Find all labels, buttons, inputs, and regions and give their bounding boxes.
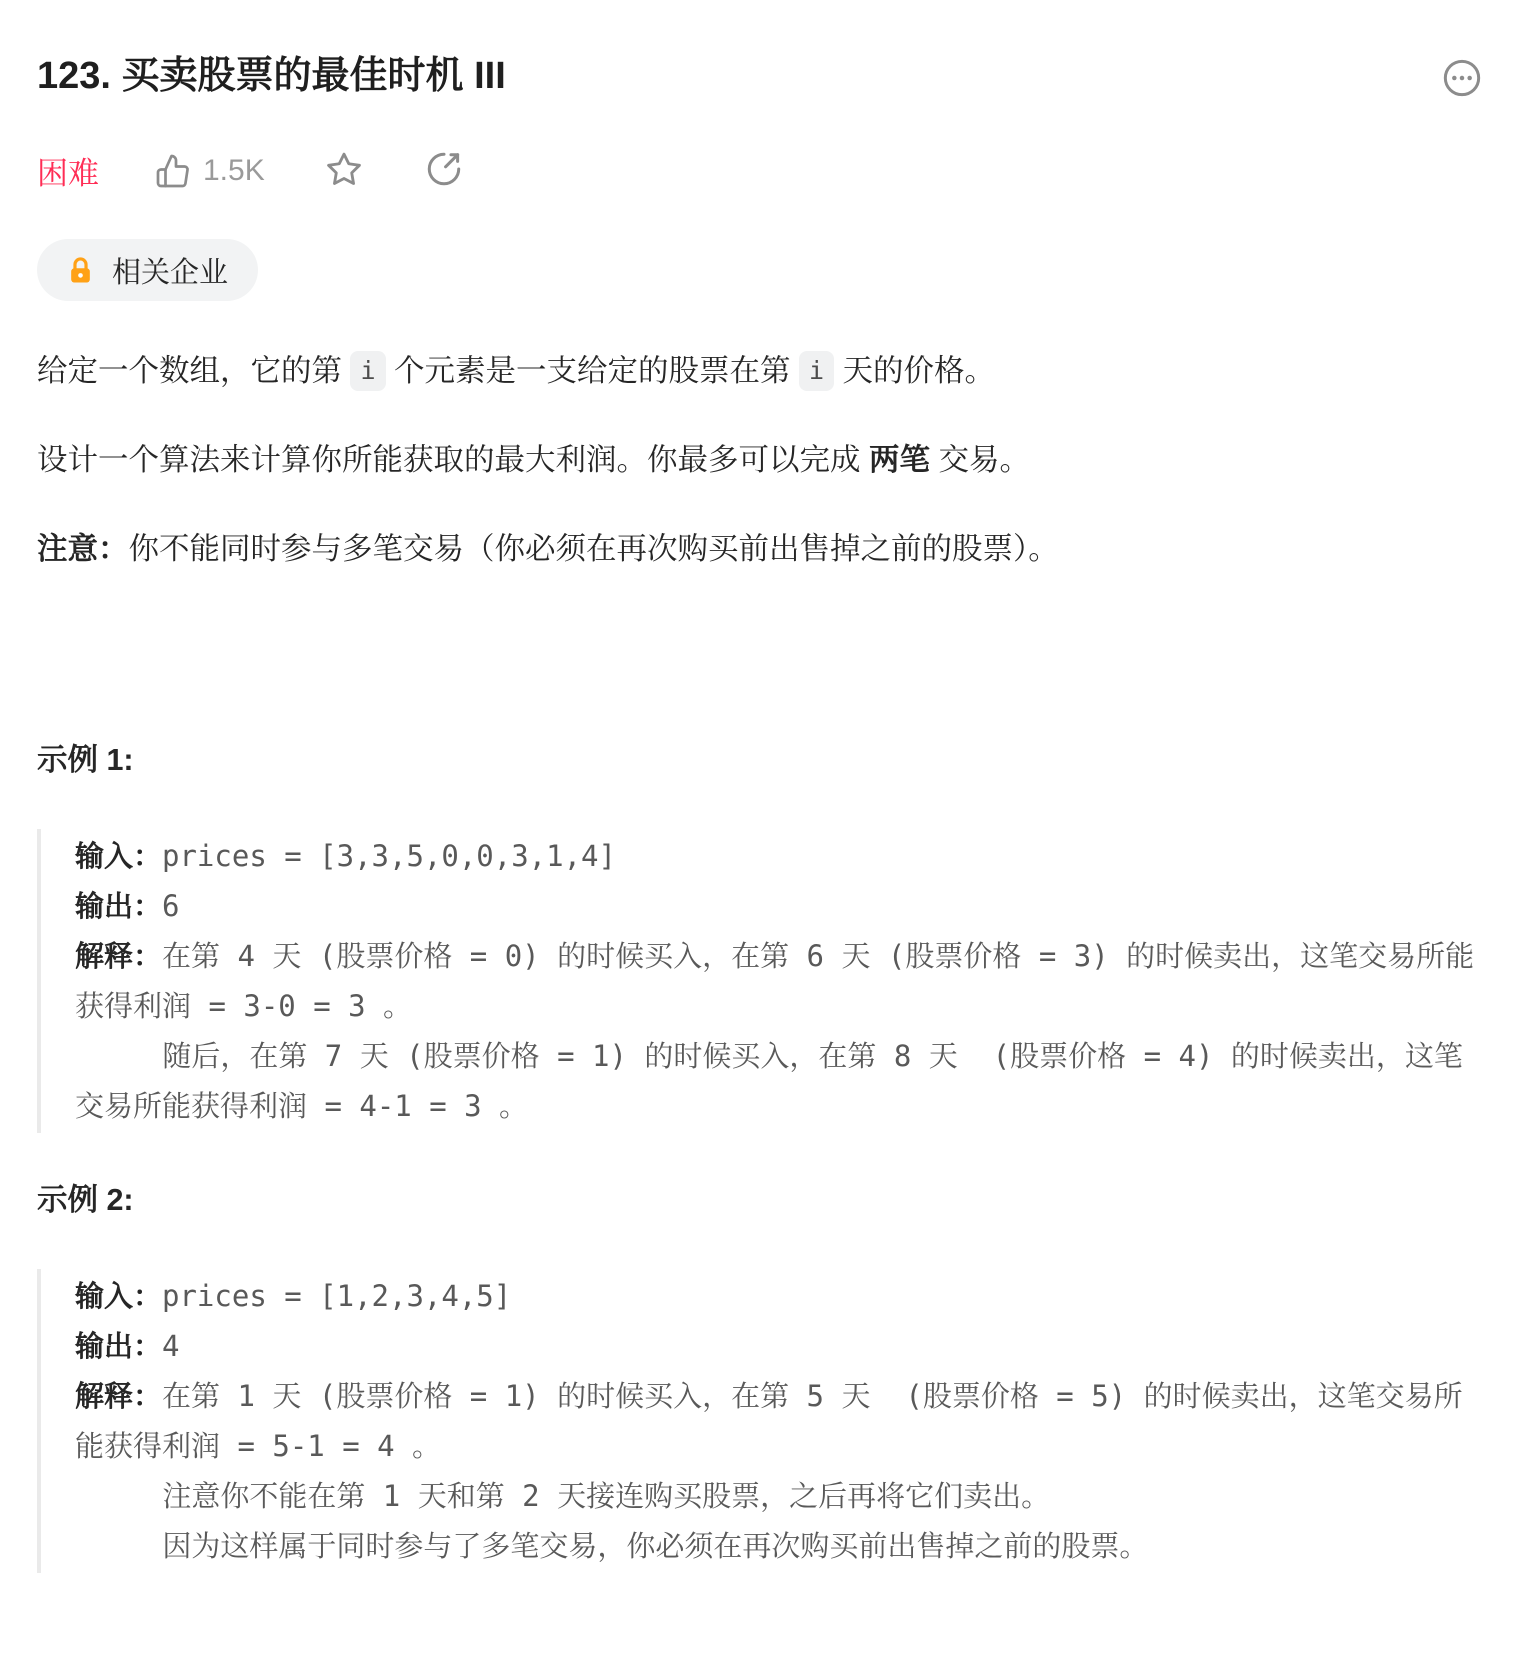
share-arrow-circle-icon xyxy=(425,150,463,191)
input-label: 输入： xyxy=(75,839,162,873)
explanation-value: 在第 1 天 (股票价格 = 1) 的时候买入，在第 5 天 (股票价格 = 5… xyxy=(75,1379,1463,1563)
explanation-value: 在第 4 天 (股票价格 = 0) 的时候买入，在第 6 天 (股票价格 = 3… xyxy=(75,939,1474,1123)
output-value: 4 xyxy=(162,1329,179,1363)
example-1-block: 输入：prices = [3,3,5,0,0,3,1,4] 输出：6 解释：在第… xyxy=(37,829,1490,1133)
inline-code-i: i xyxy=(350,351,385,391)
input-value: prices = [1,2,3,4,5] xyxy=(162,1279,511,1313)
note-label: 注意： xyxy=(37,532,129,566)
bold-text: 两笔 xyxy=(869,443,930,477)
company-tags-button[interactable]: 相关企业 xyxy=(37,239,258,301)
thumbs-up-icon xyxy=(155,153,191,189)
example-2-heading: 示例 2: xyxy=(37,1175,1490,1219)
output-value: 6 xyxy=(162,889,179,923)
spacer xyxy=(37,617,1490,735)
output-label: 输出： xyxy=(75,889,162,923)
more-options-button[interactable] xyxy=(1442,58,1482,98)
explanation-label: 解释： xyxy=(75,939,162,973)
text: 个元素是一支给定的股票在第 xyxy=(386,354,799,388)
description-paragraph-1: 给定一个数组，它的第 i 个元素是一支给定的股票在第 i 天的价格。 xyxy=(37,349,1490,393)
text: 设计一个算法来计算你所能获取的最大利润。你最多可以完成 xyxy=(37,443,869,477)
like-count: 1.5K xyxy=(203,154,265,188)
company-tags-label: 相关企业 xyxy=(112,250,228,291)
description-paragraph-3: 注意：你不能同时参与多笔交易（你必须在再次购买前出售掉之前的股票）。 xyxy=(37,527,1490,571)
difficulty-badge[interactable]: 困难 xyxy=(37,148,99,193)
description-paragraph-2: 设计一个算法来计算你所能获取的最大利润。你最多可以完成 两笔 交易。 xyxy=(37,438,1490,482)
title-row: 123. 买卖股票的最佳时机 III xyxy=(37,56,1490,98)
favorite-button[interactable] xyxy=(325,150,363,191)
input-value: prices = [3,3,5,0,0,3,1,4] xyxy=(162,839,616,873)
problem-description: 给定一个数组，它的第 i 个元素是一支给定的股票在第 i 天的价格。 设计一个算… xyxy=(37,349,1490,572)
text: 天的价格。 xyxy=(834,354,995,388)
explanation-label: 解释： xyxy=(75,1379,162,1413)
example-2-block: 输入：prices = [1,2,3,4,5] 输出：4 解释：在第 1 天 (… xyxy=(37,1269,1490,1573)
example-1-heading: 示例 1: xyxy=(37,735,1490,779)
like-button[interactable]: 1.5K xyxy=(155,153,265,189)
text: 交易。 xyxy=(930,443,1030,477)
inline-code-i: i xyxy=(799,351,834,391)
text: 给定一个数组，它的第 xyxy=(37,354,350,388)
problem-detail-panel: 123. 买卖股票的最佳时机 III 困难 1.5K xyxy=(0,0,1527,1655)
text: 你不能同时参与多笔交易（你必须在再次购买前出售掉之前的股票）。 xyxy=(129,532,1059,566)
output-label: 输出： xyxy=(75,1329,162,1363)
lock-icon xyxy=(67,255,94,285)
input-label: 输入： xyxy=(75,1279,162,1313)
share-button[interactable] xyxy=(425,150,463,191)
ellipsis-circle-icon xyxy=(1442,58,1482,98)
problem-title: 123. 买卖股票的最佳时机 III xyxy=(37,56,506,98)
meta-row: 困难 1.5K xyxy=(37,148,1490,193)
star-icon xyxy=(325,150,363,191)
